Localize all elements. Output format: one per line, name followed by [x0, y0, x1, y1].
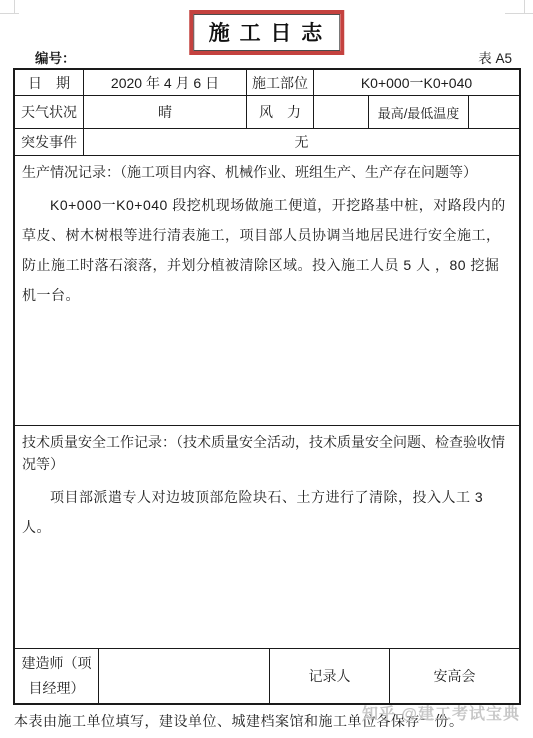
corner-mark-top-right-vertical [524, 0, 525, 13]
form-code: 表 A5 [478, 47, 512, 67]
location-label: 施工部位 [247, 70, 314, 95]
row-incident: 突发事件 无 [15, 129, 519, 156]
location-value: K0+000一K0+040 [314, 70, 519, 95]
recorder-value: 安高会 [390, 649, 519, 703]
row-technical-record: 技术质量安全工作记录：（技术质量安全活动，技术质量安全问题、检查验收情况等） 项… [15, 426, 519, 649]
technical-record-cell: 技术质量安全工作记录：（技术质量安全活动，技术质量安全问题、检查验收情况等） 项… [15, 426, 519, 648]
document-title-box: 施 工 日 志 [189, 10, 345, 55]
row-production-record: 生产情况记录：（施工项目内容、机械作业、班组生产、生产存在问题等） K0+000… [15, 156, 519, 426]
row-date-location: 日 期 2020 年 4 月 6 日 施工部位 K0+000一K0+040 [15, 70, 519, 96]
construction-log-page: { "page": { "title": "施 工 日 志", "number_… [0, 0, 533, 738]
incident-label: 突发事件 [15, 129, 84, 155]
production-record-heading: 生产情况记录：（施工项目内容、机械作业、班组生产、生产存在问题等） [22, 161, 512, 183]
corner-mark-top-left-horizontal [0, 13, 19, 14]
recorder-label: 记录人 [270, 649, 390, 703]
number-label: 编号： [35, 47, 76, 67]
corner-mark-top-right-horizontal [505, 13, 533, 14]
incident-value: 无 [84, 129, 519, 155]
construction-log-table: 日 期 2020 年 4 月 6 日 施工部位 K0+000一K0+040 天气… [13, 68, 521, 705]
wind-label: 风 力 [247, 96, 314, 128]
row-weather: 天气状况 晴 风 力 最高/最低温度 [15, 96, 519, 129]
row-signatures: 建造师（项目经理） 记录人 安高会 [15, 649, 519, 703]
weather-label: 天气状况 [15, 96, 84, 128]
weather-value: 晴 [84, 96, 247, 128]
corner-mark-top-left-vertical [14, 0, 15, 13]
builder-signature-value [99, 649, 270, 703]
footer-note: 本表由施工单位填写，建设单位、城建档案馆和施工单位各保存一份。 [14, 711, 464, 731]
document-title: 施 工 日 志 [209, 22, 325, 45]
production-record-body: K0+000一K0+040 段挖机现场做施工便道，开挖路基中桩，对路段内的草皮、… [22, 190, 512, 310]
temperature-value [469, 96, 519, 128]
builder-label: 建造师（项目经理） [15, 649, 99, 703]
technical-record-body: 项目部派遣专人对边坡顶部危险块石、土方进行了清除，投入人工 3 人。 [22, 482, 512, 542]
temperature-label: 最高/最低温度 [369, 96, 469, 128]
technical-record-heading: 技术质量安全工作记录：（技术质量安全活动，技术质量安全问题、检查验收情况等） [22, 431, 512, 475]
date-label: 日 期 [15, 70, 84, 95]
production-record-cell: 生产情况记录：（施工项目内容、机械作业、班组生产、生产存在问题等） K0+000… [15, 156, 519, 425]
wind-value [314, 96, 369, 128]
date-value: 2020 年 4 月 6 日 [84, 70, 247, 95]
